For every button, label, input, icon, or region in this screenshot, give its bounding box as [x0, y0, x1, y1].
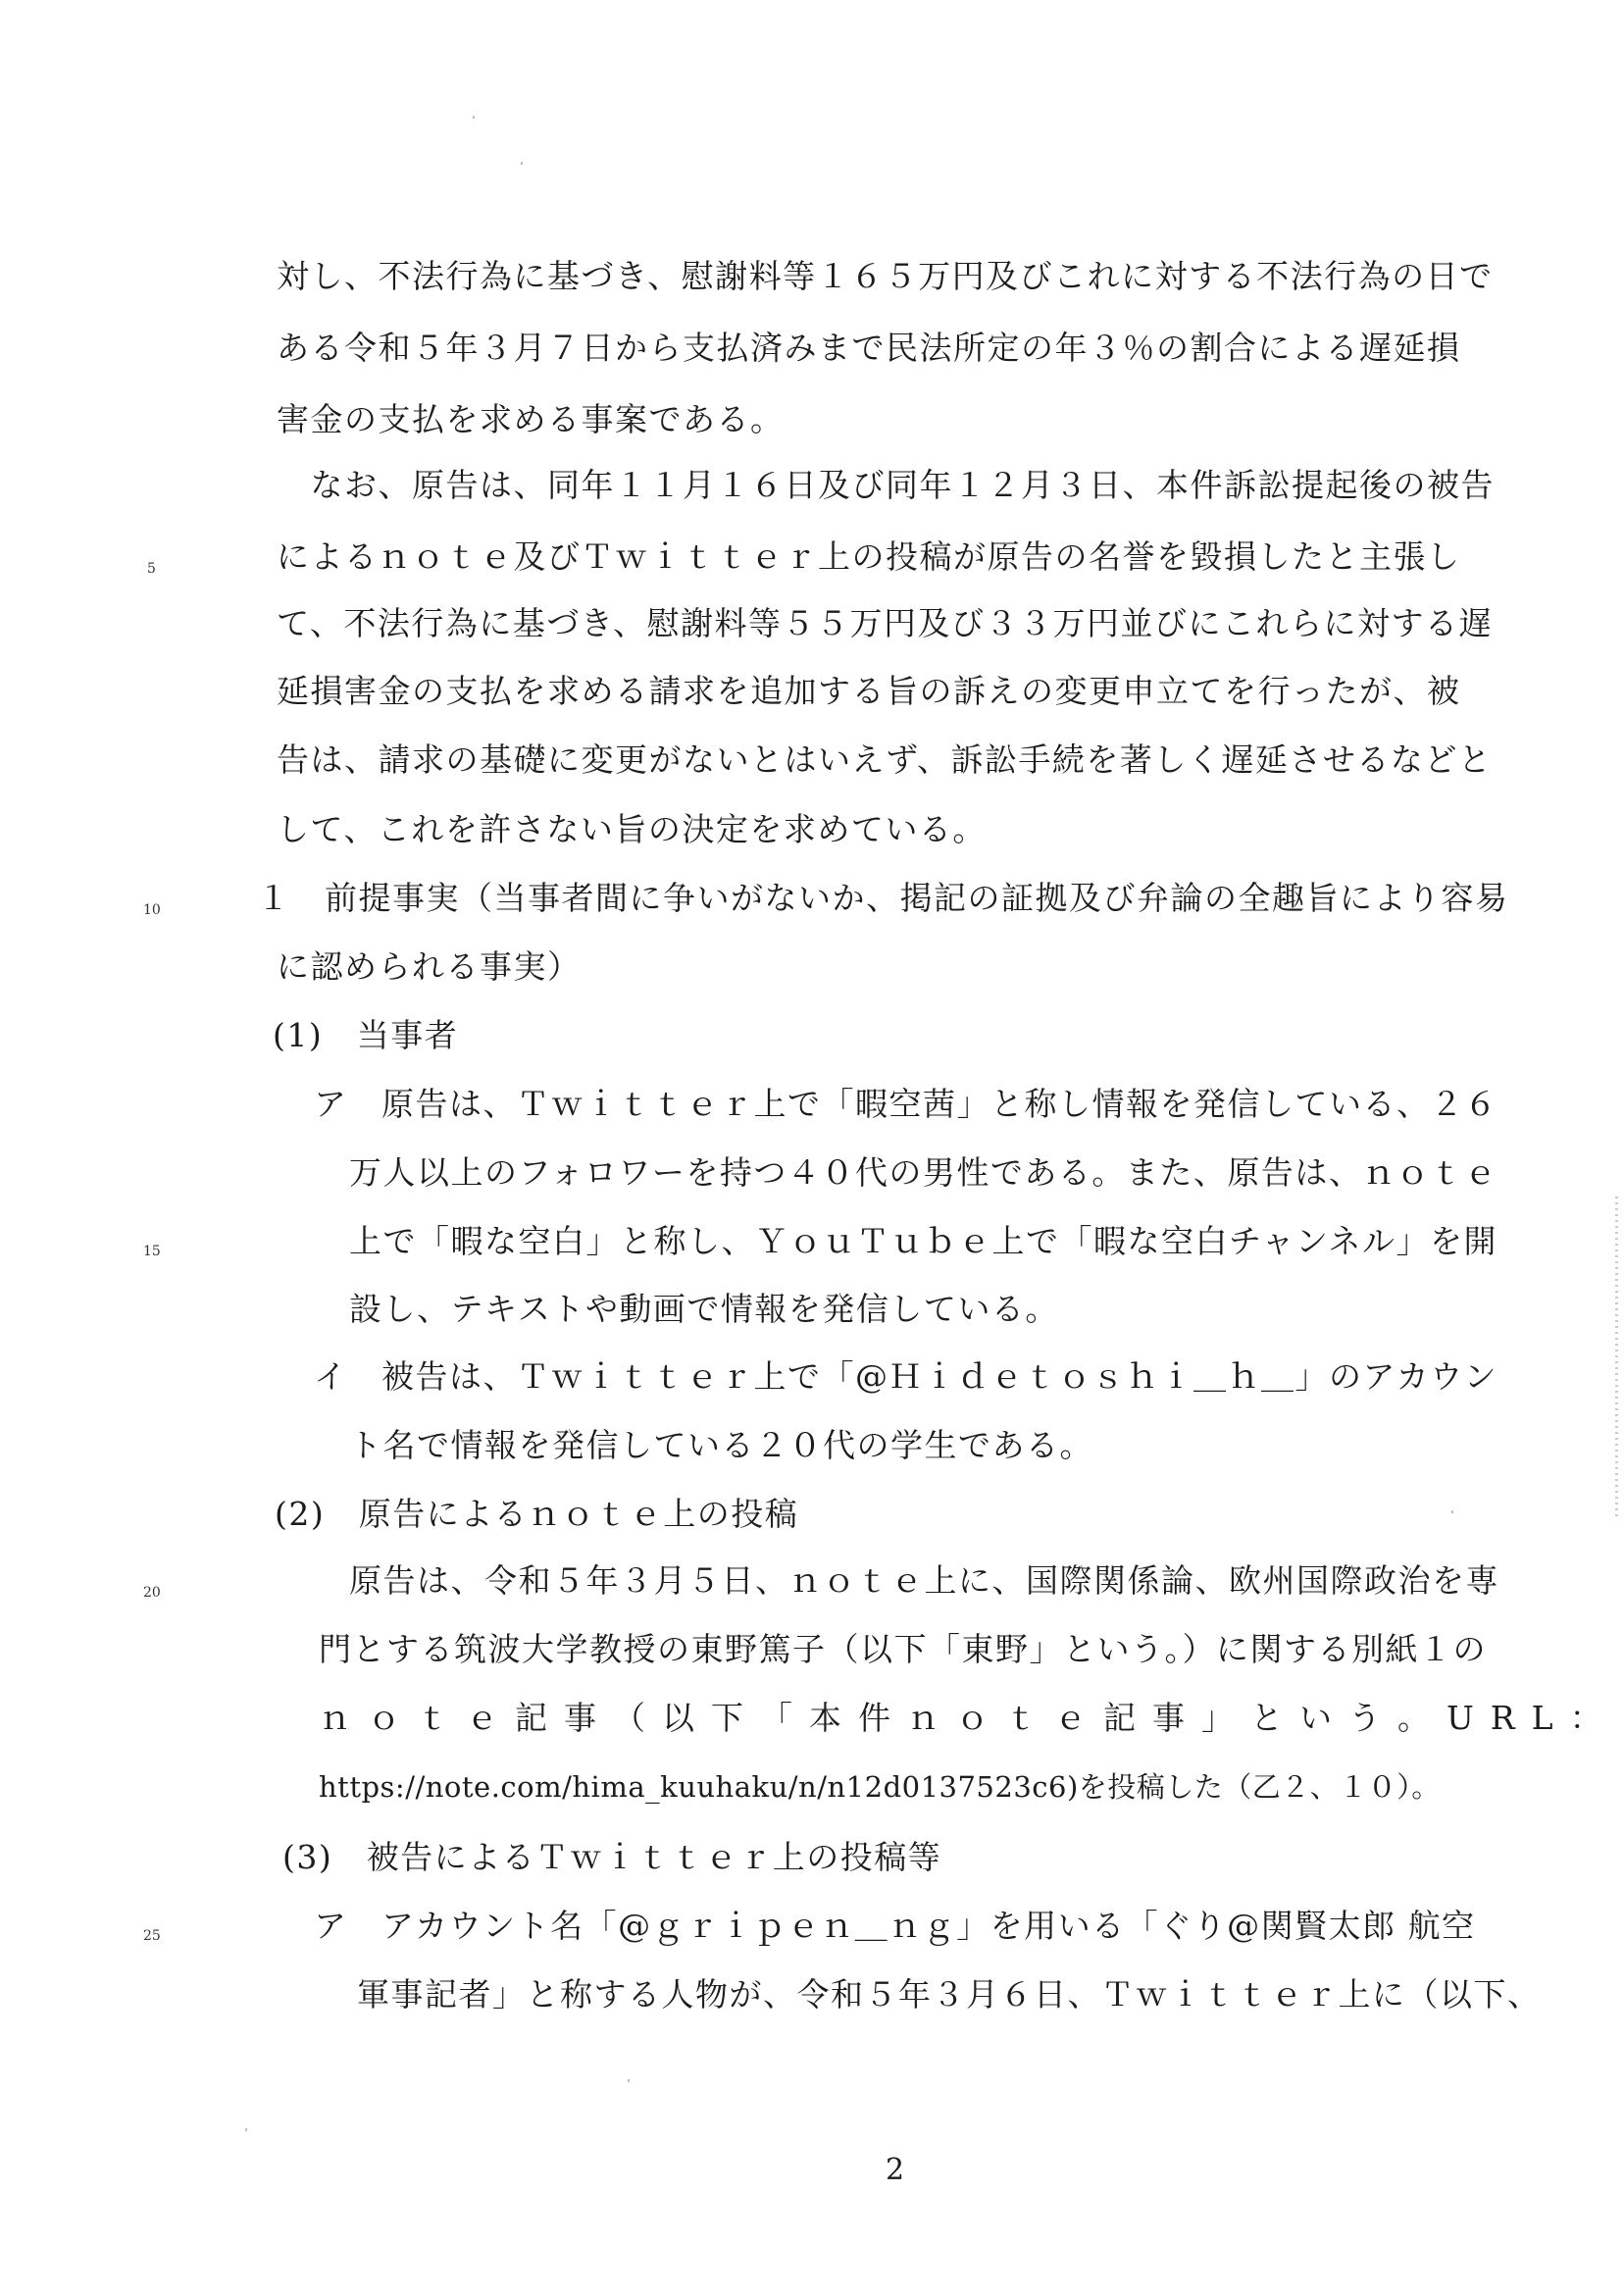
margin-line-number: 15: [143, 1244, 161, 1259]
text-line: ア アカウント名「@ｇｒｉｐｅｎ＿ｎｇ」を用いる「ぐり@関賢太郎 航空: [314, 1907, 1476, 1946]
text-line: 告は、請求の基礎に変更がないとはいえず、訴訟手続を著しく遅延させるなどと: [277, 740, 1492, 780]
text-line: 対し、不法行為に基づき、慰謝料等１６５万円及びこれに対する不法行為の日で: [277, 257, 1494, 296]
text-line: https://note.com/hima_kuuhaku/n/n12d0137…: [319, 1767, 1441, 1807]
text-line: ある令和５年３月７日から支払済みまで民法所定の年３％の割合による遅延損: [277, 329, 1461, 368]
text-line: 害金の支払を求める事案である。: [277, 400, 785, 439]
text-line: に認められる事実）: [277, 947, 582, 987]
margin-line-number: 5: [147, 561, 156, 577]
scan-edge-artifact: [1615, 1197, 1618, 1520]
scan-speck: [245, 2128, 247, 2131]
scan-speck: [628, 2079, 630, 2082]
text-line: によるｎｏｔｅ及びＴｗｉｔｔｅｒ上の投稿が原告の名誉を毀損したと主張し: [277, 537, 1461, 577]
scan-speck: [473, 116, 475, 119]
text-line: ｎｏｔｅ記事（以下「本件ｎｏｔｅ記事」という。URL：: [319, 1699, 1619, 1738]
section-heading: １ 前提事実（当事者間に争いがないか、掲記の証拠及び弁論の全趣旨により容易: [257, 879, 1509, 918]
subsection-heading: (3) 被告によるＴｗｉｔｔｅｒ上の投稿等: [282, 1838, 941, 1877]
text-line: 万人以上のフォロワーを持つ４０代の男性である。また、原告は、ｎｏｔｅ: [349, 1153, 1497, 1193]
margin-line-number: 10: [143, 902, 161, 918]
page-number: 2: [886, 2154, 904, 2187]
scan-speck: [1451, 1510, 1453, 1513]
text-line: ト名で情報を発信している２０代の学生である。: [349, 1426, 1093, 1465]
text-line: なお、原告は、同年１１月１６日及び同年１２月３日、本件訴訟提起後の被告: [277, 466, 1495, 505]
document-page: 対し、不法行為に基づき、慰謝料等１６５万円及びこれに対する不法行為の日で ある令…: [0, 0, 1624, 2294]
scan-speck: [521, 162, 523, 165]
margin-line-number: 20: [143, 1585, 161, 1601]
margin-line-number: 25: [143, 1928, 161, 1944]
text-line: て、不法行為に基づき、慰謝料等５５万円及び３３万円並びにこれらに対する遅: [277, 604, 1493, 643]
text-line: 原告は、令和５年３月５日、ｎｏｔｅ上に、国際関係論、欧州国際政治を専: [349, 1561, 1499, 1601]
text-line: 設し、テキストや動画で情報を発信している。: [349, 1290, 1059, 1329]
text-line: ア 原告は、Ｔｗｉｔｔｅｒ上で「暇空茜」と称し情報を発信している、２６: [314, 1085, 1498, 1124]
subsection-heading: (1) 当事者: [273, 1016, 458, 1055]
text-line: 門とする筑波大学教授の東野篤子（以下「東野」という。）に関する別紙１の: [319, 1630, 1487, 1669]
text-line: 軍事記者」と称する人物が、令和５年３月６日、Ｔｗｉｔｔｅｒ上に（以下、: [357, 1975, 1542, 2014]
subsection-heading: (2) 原告によるｎｏｔｅ上の投稿: [275, 1495, 798, 1534]
text-line: 上で「暇な空白」と称し、ＹｏｕＴｕｂｅ上で「暇な空白チャンネル」を開: [349, 1222, 1497, 1261]
text-line: して、これを許さない旨の決定を求めている。: [277, 810, 987, 849]
text-line: 延損害金の支払を求める請求を追加する旨の訴えの変更申立てを行ったが、被: [277, 672, 1461, 711]
text-line: イ 被告は、Ｔｗｉｔｔｅｒ上で「@Ｈｉｄｅｔｏｓｈｉ＿ｈ＿」のアカウン: [314, 1357, 1497, 1397]
